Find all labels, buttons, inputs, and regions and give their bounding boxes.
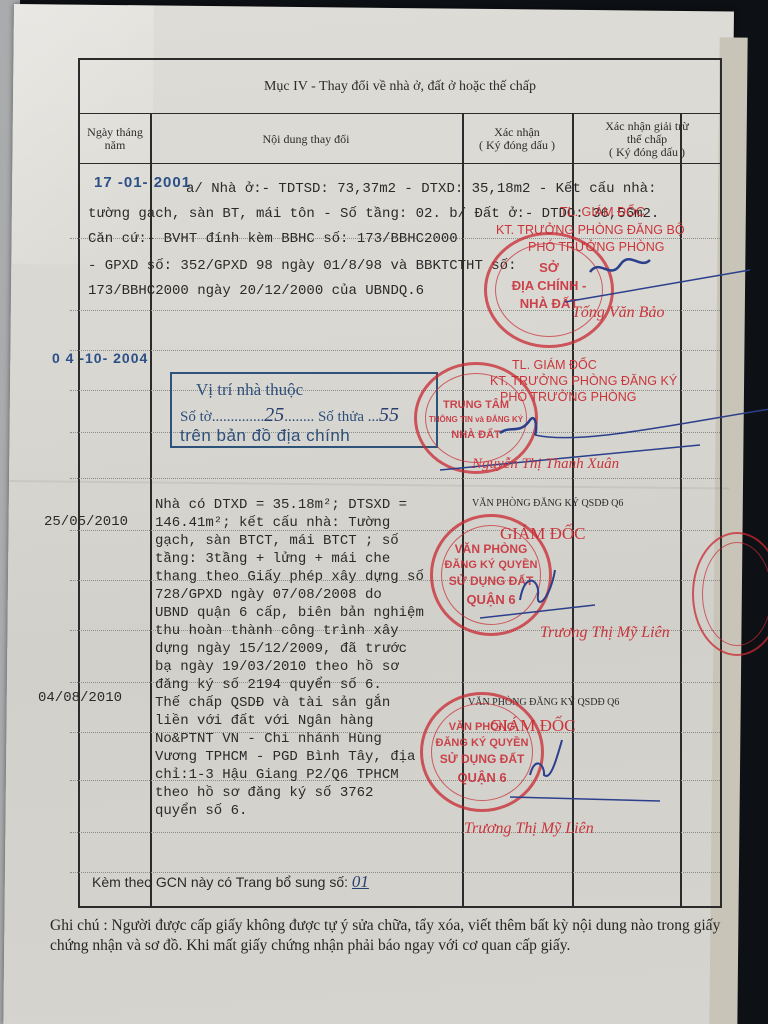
entry-text-line: chỉ:1-3 Hậu Giang P2/Q6 TPHCM xyxy=(155,767,399,783)
header-release: Xác nhận giải trừthế chấp( Ký đóng dấu ) xyxy=(572,114,722,164)
signature-icon xyxy=(480,560,600,630)
signer-name: Trương Thị Mỹ Liên xyxy=(464,820,594,838)
entry-date: 17 -01- 2001 xyxy=(94,174,191,191)
signer-name: Nguyễn Thị Thanh Xuân xyxy=(472,456,619,473)
table-header-row: Ngày thángnăm Nội dung thay đổi Xác nhận… xyxy=(80,114,720,164)
entry-text-line: Nhà có DTXD = 35.18m²; DTSXD = xyxy=(155,497,407,513)
entry-text-line: - GPXD số: 352/GPXD 98 ngày 01/8/98 và B… xyxy=(88,258,516,274)
entry-text-line: UBND quận 6 cấp, biên bản nghiệm xyxy=(155,605,424,621)
supplement-line: Kèm theo GCN này có Trang bổ sung số: 01 xyxy=(92,872,369,892)
header-content: Nội dung thay đổi xyxy=(150,114,462,164)
ruled-line xyxy=(70,478,720,479)
entry-date: 04/08/2010 xyxy=(38,690,122,706)
entry-text-line: bạ ngày 19/03/2010 theo hồ sơ xyxy=(155,659,399,675)
ruled-line xyxy=(70,350,720,351)
ruled-line xyxy=(70,832,720,833)
entry-text-line: a/ Nhà ở:- TDTSD: 73,37m2 - DTXD: 35,18m… xyxy=(186,181,656,197)
signer-name: Trương Thị Mỹ Liên xyxy=(540,624,670,642)
entry-text-line: thu hoàn thành công trình xây xyxy=(155,623,399,639)
office-name: VĂN PHÒNG ĐĂNG KÝ QSDĐ Q6 xyxy=(472,498,623,509)
entry-text-line: theo hồ sơ đăng ký số 3762 xyxy=(155,785,373,801)
supplement-number: 01 xyxy=(352,872,369,891)
confirm-title-line: TL. GIÁM ĐỐC xyxy=(512,358,597,372)
entry-text-line: gạch, sàn BTCT, mái BTCT ; số xyxy=(155,533,399,549)
entry-text-line: đăng ký số 2194 quyển số 6. xyxy=(155,677,382,693)
section-title: Mục IV - Thay đổi về nhà ở, đất ở hoặc t… xyxy=(80,60,720,114)
entry-text-line: Vương TPHCM - PGD Bình Tây, địa xyxy=(155,749,415,765)
entry-text-line: quyển số 6. xyxy=(155,803,247,819)
parcel-number: 55 xyxy=(379,404,399,426)
entry-text-line: Căn cứ:- BVHT đính kèm BBHC số: 173/BBHC… xyxy=(88,231,458,247)
entry-text-line: No&PTNT VN - Chi nhánh Hùng xyxy=(155,731,382,747)
signature-icon xyxy=(500,735,670,805)
entry-text-line: liền với đất với Ngân hàng xyxy=(155,713,373,729)
footer-note: Ghi chú : Người được cấp giấy không được… xyxy=(50,916,740,956)
location-box: Vị trí nhà thuộc Số tờ..............25..… xyxy=(170,372,438,448)
header-confirm: Xác nhận( Ký đóng dấu ) xyxy=(462,114,572,164)
entry-text-line: Thế chấp QSDĐ và tài sản gắn xyxy=(155,695,390,711)
header-date: Ngày thángnăm xyxy=(80,114,150,164)
confirm-title-line: KT. TRƯỞNG PHÒNG ĐĂNG BỘ xyxy=(496,223,685,237)
entry-text-line: thang theo Giấy phép xây dựng số xyxy=(155,569,424,585)
signer-name: Tống Văn Bảo xyxy=(572,304,664,322)
entry-text-line: dựng ngày 15/12/2009, đã trước xyxy=(155,641,407,657)
confirm-title-line: TL. GIÁM ĐỐC xyxy=(560,205,645,219)
entry-text-line: 728/GPXD ngày 07/08/2008 do xyxy=(155,587,382,603)
sheet-number: 25 xyxy=(264,404,284,426)
entry-date: 0 4 -10- 2004 xyxy=(52,350,148,366)
entry-text-line: tầng: 3tầng + lửng + mái che xyxy=(155,551,390,567)
entry-text-line: 173/BBHC2000 ngày 20/12/2000 của UBNDQ.6 xyxy=(88,283,424,299)
entry-text-line: 146.41m²; kết cấu nhà: Tường xyxy=(155,515,390,531)
entry-date: 25/05/2010 xyxy=(44,514,128,530)
